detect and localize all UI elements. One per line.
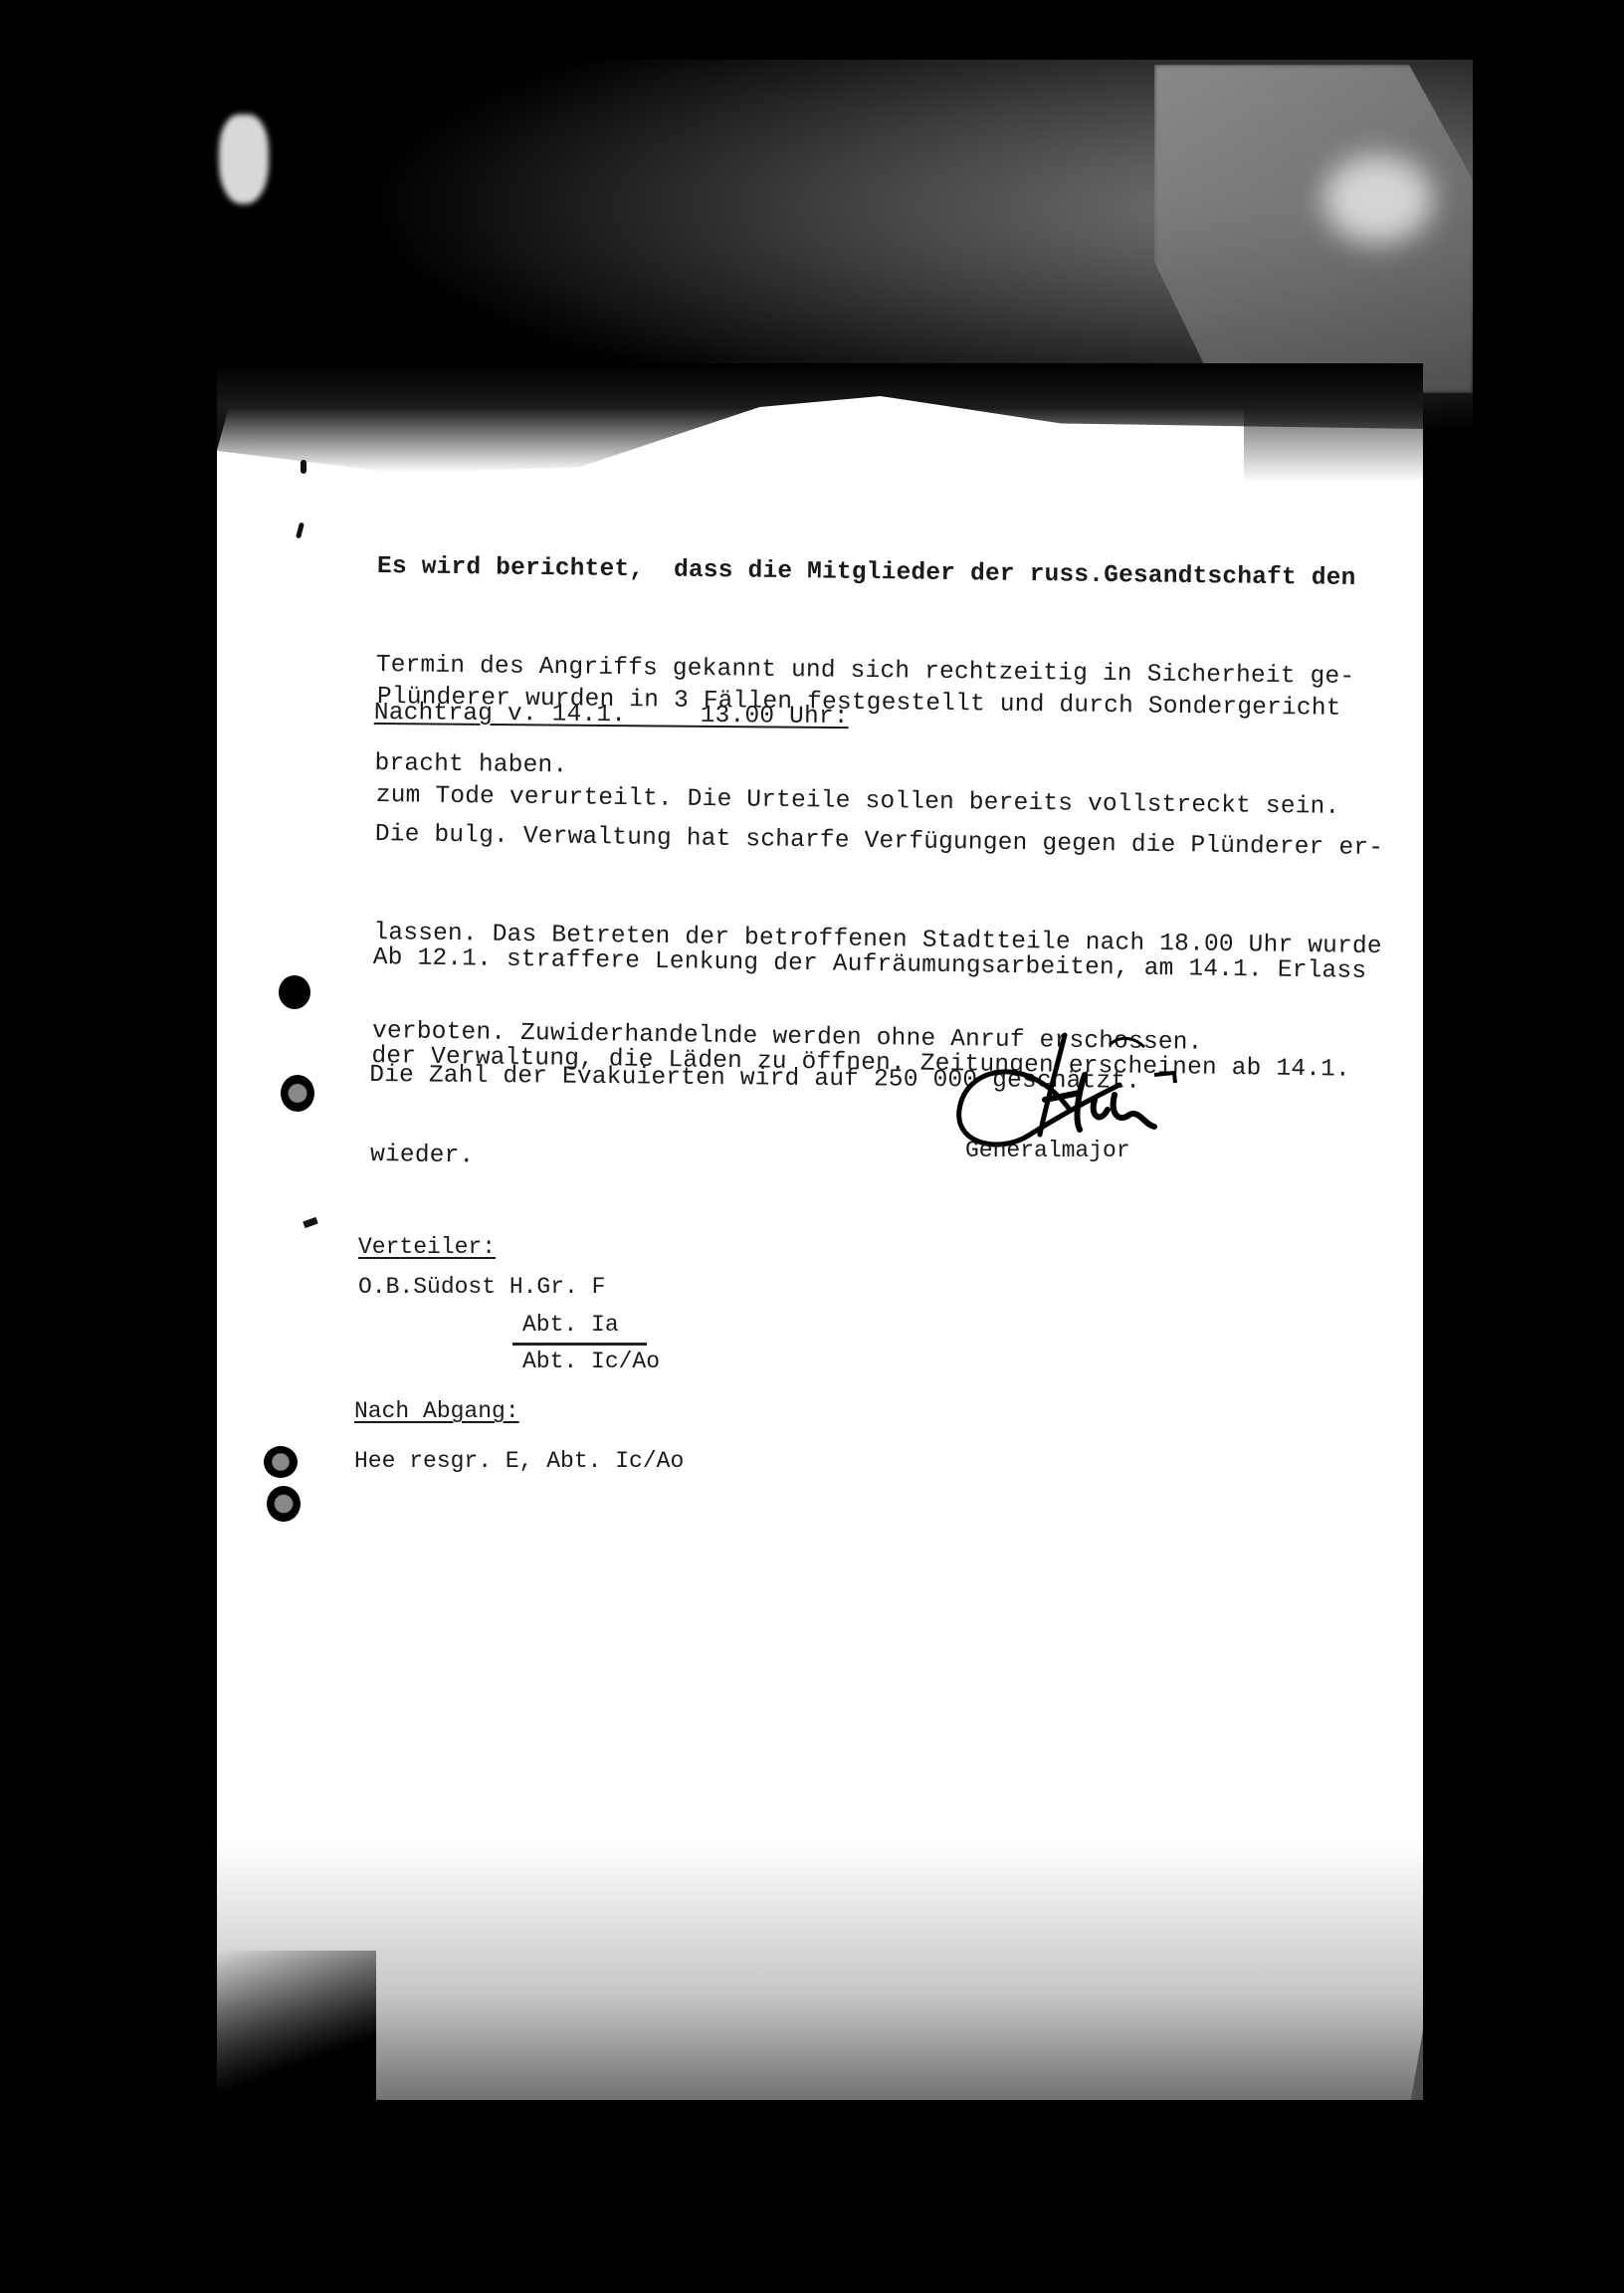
punch-hole-icon [279,975,310,1009]
folded-sheet-corner [1154,65,1473,393]
after-dispatch-line: Hee resgr. E, Abt. Ic/Ao [354,1448,684,1474]
glare [1323,154,1433,244]
punch-hole-icon [267,1486,301,1522]
addendum-heading: Nachtrag v. 14.1. 13.00 Uhr: [374,697,849,733]
punch-hole-icon [281,1075,314,1112]
signature-title: Generalmajor [965,1138,1130,1163]
scan-background-highlight [219,114,269,204]
page-shadow [217,1841,1423,2100]
text-line: Die bulg. Verwaltung hat scharfe Verfügu… [375,818,1384,865]
text-line: wieder. [370,1139,1364,1185]
distribution-line: Abt. Ia [522,1312,619,1338]
margin-mark [301,460,306,474]
text-line: Ab 12.1. straffere Lenkung der Aufräumun… [373,941,1367,988]
page-shadow [217,1951,376,2100]
distribution-line: Abt. Ic/Ao [522,1349,660,1374]
text-line: Es wird berichtet, dass die Mitglieder d… [377,550,1356,595]
distribution-line: O.B.Südost H.Gr. F [358,1274,605,1300]
punch-hole-icon [264,1446,298,1478]
divider [512,1343,647,1346]
distribution-label: Verteiler: [358,1234,496,1260]
after-dispatch-label: Nach Abgang: [354,1398,519,1424]
